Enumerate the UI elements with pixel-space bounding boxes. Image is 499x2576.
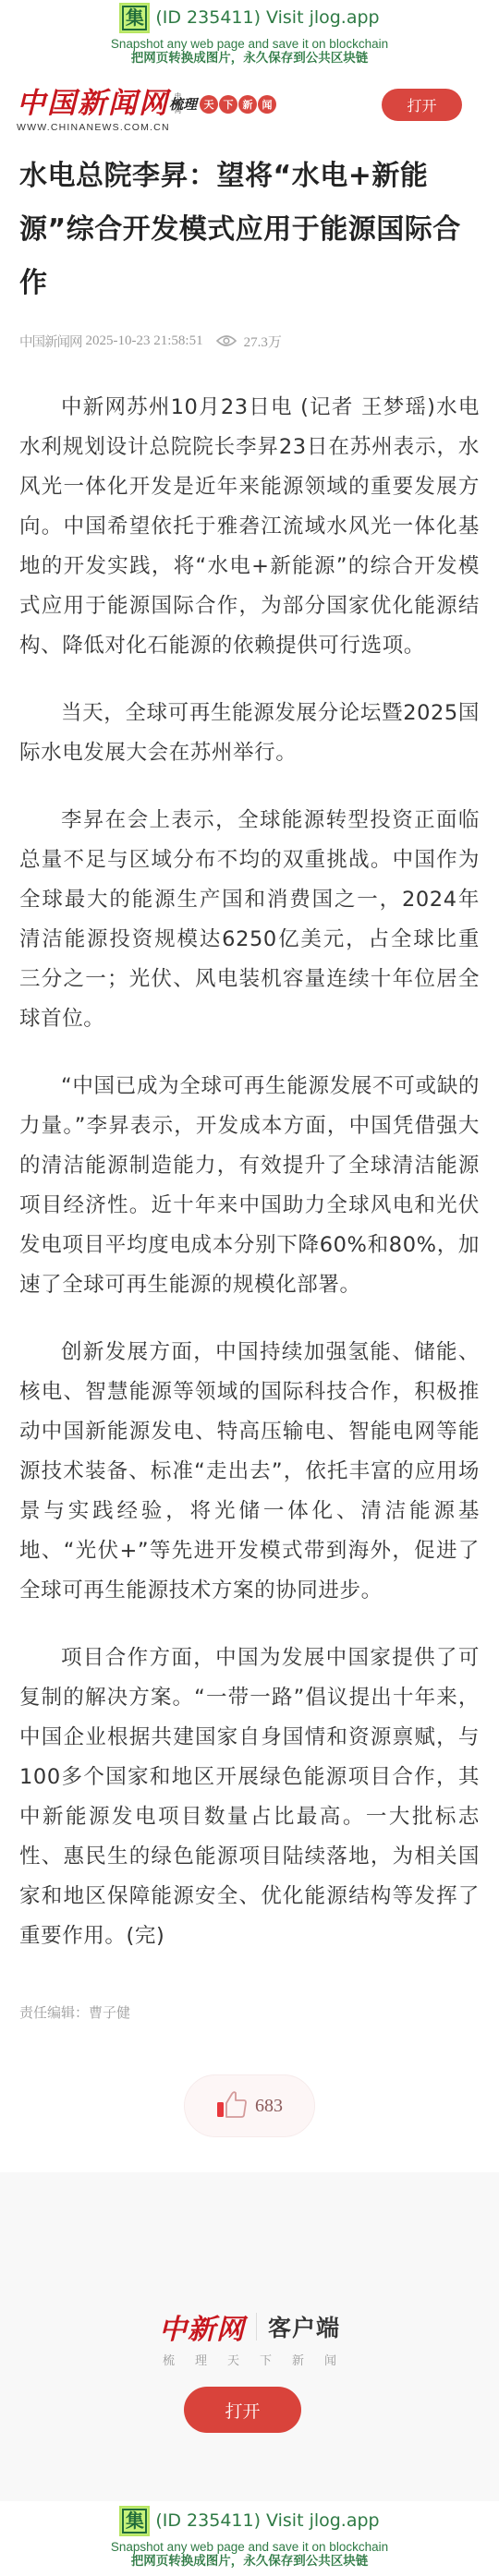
eye-icon — [216, 334, 237, 347]
chinanews-logo[interactable]: 中国新闻网 中 新 网 WWW.CHINANEWS.COM.CN — [17, 87, 181, 133]
article-title: 水电总院李昇：望将“水电+新能源”综合开发模式应用于能源国际合作 — [19, 150, 480, 310]
article-datetime: 2025-10-23 21:58:51 — [86, 333, 203, 349]
promo-open-app-button[interactable]: 打开 — [184, 2387, 301, 2433]
article-editor: 责任编辑：曹子健 — [19, 2002, 480, 2025]
logo-text: 中国新闻网 — [17, 87, 169, 120]
promo-tagline: 梳理天下新闻 — [0, 2351, 499, 2368]
app-promo: 中新网 客户端 梳理天下新闻 打开 — [0, 2172, 499, 2501]
article: 水电总院李昇：望将“水电+新能源”综合开发模式应用于能源国际合作 中国新闻网 2… — [0, 150, 499, 2025]
article-paragraph: “中国已成为全球可再生能源发展不可或缺的力量。”李昇表示，开发成本方面，中国凭借… — [19, 1067, 480, 1305]
like-button[interactable]: 683 — [184, 2074, 315, 2137]
site-header: 中国新闻网 中 新 网 WWW.CHINANEWS.COM.CN 梳理 天 下 … — [0, 72, 499, 146]
article-paragraph: 李昇在会上表示，全球能源转型投资正面临总量不足与区域分布不均的双重挑战。中国作为… — [19, 801, 480, 1039]
article-paragraph: 项目合作方面，中国为发展中国家提供了可复制的解决方案。“一带一路”倡议提出十年来… — [19, 1639, 480, 1956]
watermark-bottom: 集 (ID 235411) Visit jlog.app Snapshot an… — [0, 2501, 499, 2576]
article-meta: 中国新闻网 2025-10-23 21:58:51 27.3万 — [19, 331, 480, 351]
watermark-top: 集 (ID 235411) Visit jlog.app Snapshot an… — [0, 0, 499, 72]
watermark-subtitle-cn: 把网页转换成图片，永久保存到公共区块链 — [0, 2554, 499, 2569]
article-source: 中国新闻网 — [19, 332, 82, 351]
jlog-badge-icon: 集 — [119, 3, 150, 33]
header-slogan: 梳理 天 下 新 闻 — [169, 94, 276, 114]
open-app-button[interactable]: 打开 — [382, 89, 462, 121]
watermark-title[interactable]: (ID 235411) Visit jlog.app — [155, 2510, 379, 2531]
logo-url: WWW.CHINANEWS.COM.CN — [17, 122, 181, 133]
article-paragraph: 当天，全球可再生能源发展分论坛暨2025国际水电发展大会在苏州举行。 — [19, 694, 480, 773]
promo-logo: 中新网 客户端 — [0, 2306, 499, 2347]
article-views: 27.3万 — [244, 332, 282, 351]
article-paragraph: 创新发展方面，中国持续加强氢能、储能、核电、智慧能源等领域的国际科技合作，积极推… — [19, 1333, 480, 1611]
jlog-badge-icon: 集 — [119, 2506, 150, 2536]
watermark-title[interactable]: (ID 235411) Visit jlog.app — [155, 7, 379, 28]
article-paragraph: 中新网苏州10月23日电 (记者 王梦瑶)水电水利规划设计总院院长李昇23日在苏… — [19, 388, 480, 666]
watermark-subtitle-en: Snapshot any web page and save it on blo… — [0, 37, 499, 51]
like-count: 683 — [255, 2096, 283, 2117]
divider — [256, 2313, 257, 2340]
watermark-subtitle-cn: 把网页转换成图片，永久保存到公共区块链 — [0, 51, 499, 66]
thumbs-up-icon — [216, 2090, 248, 2122]
watermark-subtitle-en: Snapshot any web page and save it on blo… — [0, 2540, 499, 2554]
article-body: 中新网苏州10月23日电 (记者 王梦瑶)水电水利规划设计总院院长李昇23日在苏… — [19, 388, 480, 1956]
